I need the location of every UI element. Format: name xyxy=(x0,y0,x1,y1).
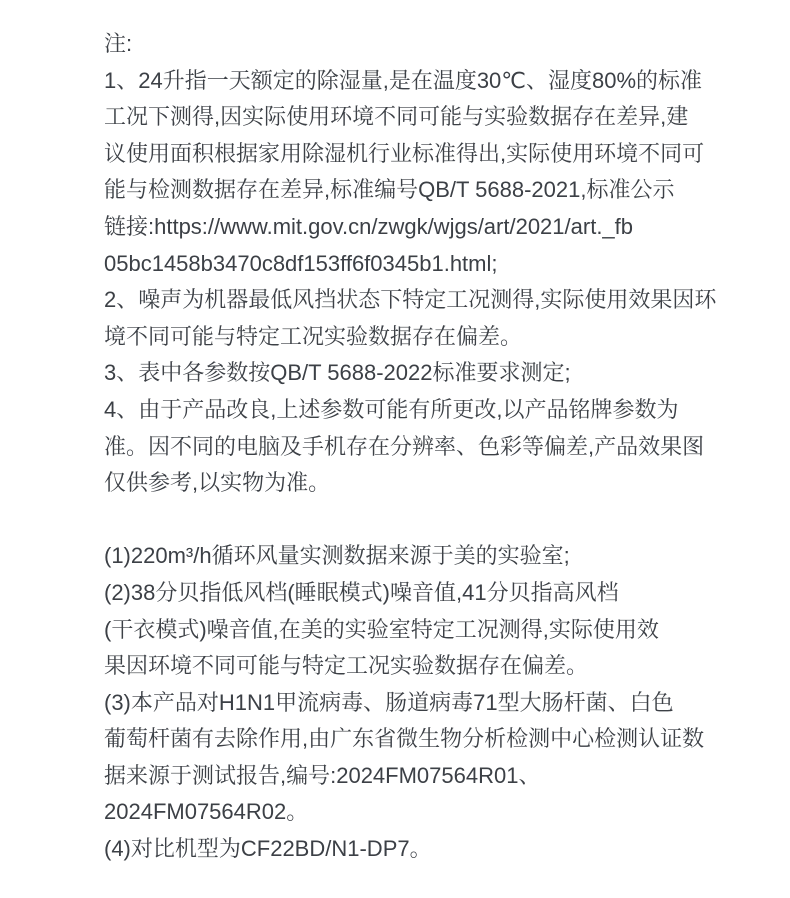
note-line: 议使用面积根据家用除湿机行业标准得出,实际使用环境不同可 xyxy=(104,136,730,173)
note-line: 准。因不同的电脑及手机存在分辨率、色彩等偏差,产品效果图 xyxy=(104,429,730,466)
footnote-line: 果因环境不同可能与特定工况实验数据存在偏差。 xyxy=(104,648,730,685)
product-disclaimer-document: 注: 1、24升指一天额定的除湿量,是在温度30℃、湿度80%的标准 工况下测得… xyxy=(0,0,790,898)
note-line: 境不同可能与特定工况实验数据存在偏差。 xyxy=(104,319,730,356)
footnote-line: (2)38分贝指低风档(睡眠模式)噪音值,41分贝指高风档 xyxy=(104,575,730,612)
footnote-line: (干衣模式)噪音值,在美的实验室特定工况测得,实际使用效 xyxy=(104,612,730,649)
note-line: 2、噪声为机器最低风挡状态下特定工况测得,实际使用效果因环 xyxy=(104,282,730,319)
footnote-line: 据来源于测试报告,编号:2024FM07564R01、 xyxy=(104,758,730,795)
note-line: 3、表中各参数按QB/T 5688-2022标准要求测定; xyxy=(104,355,730,392)
note-line: 1、24升指一天额定的除湿量,是在温度30℃、湿度80%的标准 xyxy=(104,63,730,100)
note-line: 4、由于产品改良,上述参数可能有所更改,以产品铭牌参数为 xyxy=(104,392,730,429)
footnote-line: 2024FM07564R02。 xyxy=(104,794,730,831)
footnote-line: 葡萄杆菌有去除作用,由广东省微生物分析检测中心检测认证数 xyxy=(104,721,730,758)
section-gap xyxy=(104,502,730,539)
footnote-line: (1)220m³/h循环风量实测数据来源于美的实验室; xyxy=(104,538,730,575)
note-line-url: 链接:https://www.mit.gov.cn/zwgk/wjgs/art/… xyxy=(104,209,730,246)
footnote-line: (3)本产品对H1N1甲流病毒、肠道病毒71型大肠杆菌、白色 xyxy=(104,685,730,722)
note-line-url: 05bc1458b3470c8df153ff6f0345b1.html; xyxy=(104,246,730,283)
note-line: 工况下测得,因实际使用环境不同可能与实验数据存在差异,建 xyxy=(104,99,730,136)
notes-section: 注: 1、24升指一天额定的除湿量,是在温度30℃、湿度80%的标准 工况下测得… xyxy=(104,26,730,502)
footnote-line: (4)对比机型为CF22BD/N1-DP7。 xyxy=(104,831,730,868)
notes-heading: 注: xyxy=(104,26,730,63)
note-line: 仅供参考,以实物为准。 xyxy=(104,465,730,502)
note-line: 能与检测数据存在差异,标准编号QB/T 5688-2021,标准公示 xyxy=(104,172,730,209)
footnotes-section: (1)220m³/h循环风量实测数据来源于美的实验室; (2)38分贝指低风档(… xyxy=(104,538,730,867)
